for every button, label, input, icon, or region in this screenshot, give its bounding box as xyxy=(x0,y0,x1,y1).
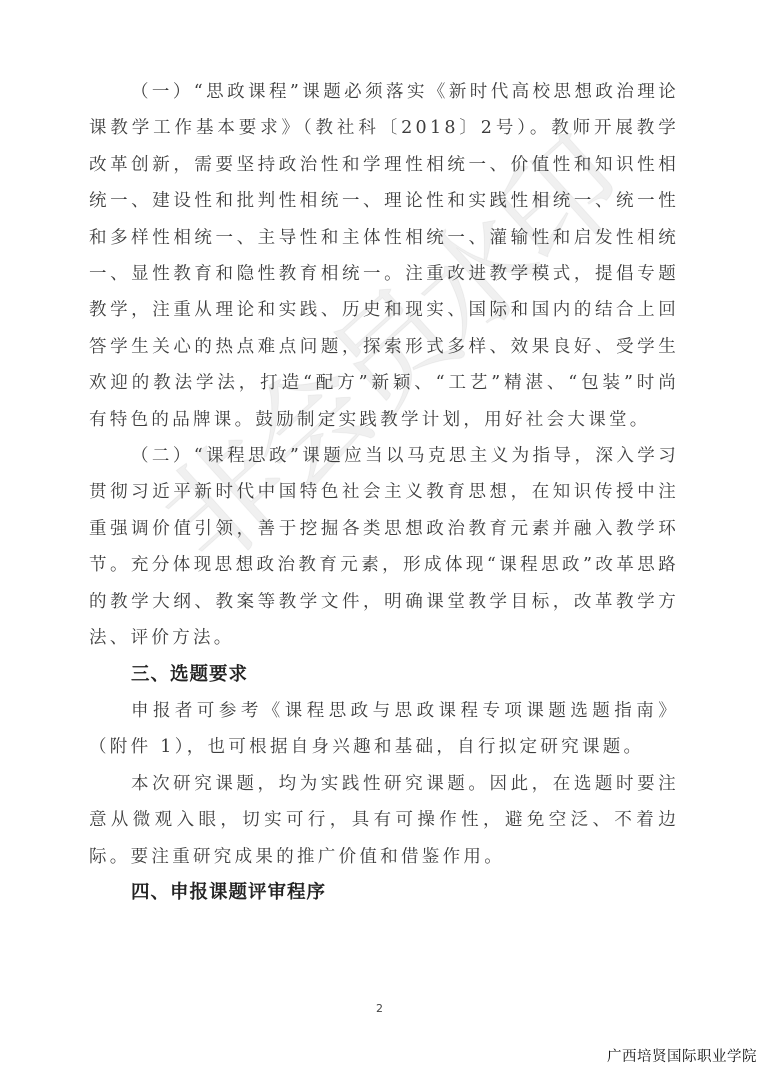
section-heading-topic-requirements: 三、选题要求 xyxy=(89,657,679,693)
paragraph-sizheng-kecheng: （一）“思政课程”课题必须落实《新时代高校思想政治理论课教学工作基本要求》（教社… xyxy=(89,74,679,438)
document-page: 非会员水印 （一）“思政课程”课题必须落实《新时代高校思想政治理论课教学工作基本… xyxy=(0,0,763,1080)
paragraph-topic-reference: 申报者可参考《课程思政与思政课程专项课题选题指南》（附件 1），也可根据自身兴趣… xyxy=(89,693,679,766)
paragraph-kecheng-sizheng: （二）“课程思政”课题应当以马克思主义为指导，深入学习贯彻习近平新时代中国特色社… xyxy=(89,438,679,656)
section-heading-review-procedure: 四、申报课题评审程序 xyxy=(89,875,679,911)
paragraph-practical-research: 本次研究课题，均为实践性研究课题。因此，在选题时要注意从微观入眼，切实可行，具有… xyxy=(89,766,679,875)
document-body: （一）“思政课程”课题必须落实《新时代高校思想政治理论课教学工作基本要求》（教社… xyxy=(89,74,679,911)
footer-organization: 广西培贤国际职业学院 xyxy=(607,1045,757,1066)
page-number: 2 xyxy=(376,1002,383,1015)
